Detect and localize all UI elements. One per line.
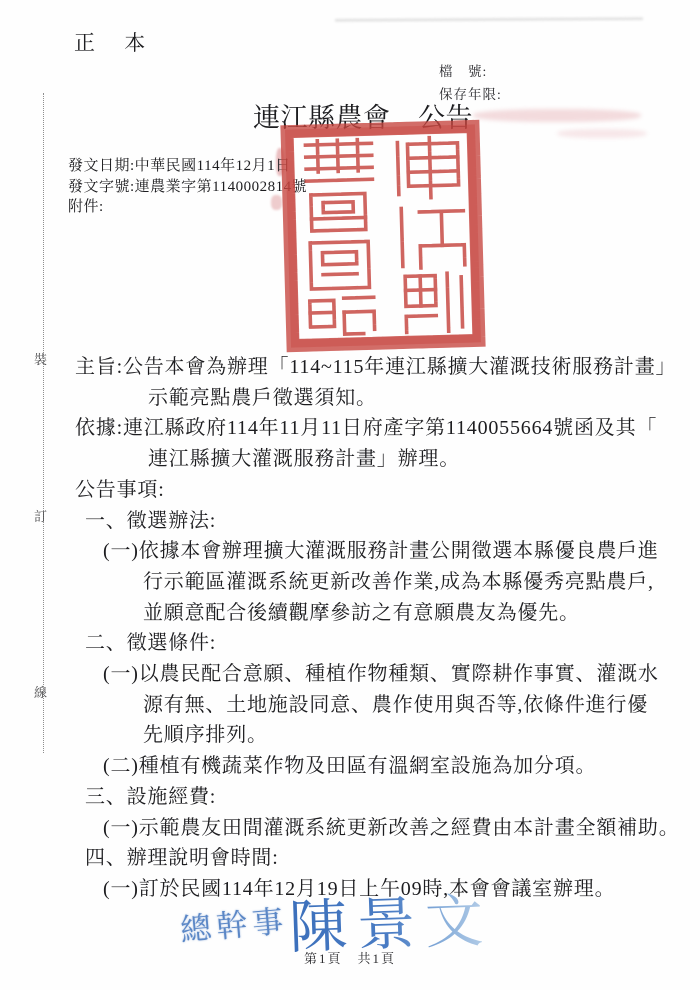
binding-mark-xian: 線 (34, 682, 47, 701)
file-number-label: 檔 號: (439, 60, 502, 83)
body-line: 連江縣擴大灌溉服務計畫」辦理。 (75, 444, 697, 475)
signature-title-stamp: 總幹事 (178, 895, 290, 949)
body-line-item-3: 三、設施經費: (75, 782, 697, 813)
body-line: (二)種植有機蔬菜作物及田區有溫網室設施為加分項。 (75, 751, 697, 782)
document-page: 正 本 檔 號: 保存年限: 連江縣農會 公告 發文日期:中華民國114年12月… (0, 0, 700, 990)
binding-mark-zhuang: 裝 (34, 349, 47, 368)
body-line: (一)以農民配合意願、種植作物種類、實際耕作事實、灌溉水 (75, 659, 697, 690)
official-seal (279, 118, 487, 354)
body-line-item-2: 二、徵選條件: (75, 628, 697, 659)
binding-dotted-line (43, 93, 44, 753)
body-line: 示範亮點農戶徵選須知。 (75, 383, 697, 414)
body-line: 並願意配合後續觀摩參訪之有意願農友為優先。 (75, 598, 697, 629)
announcement-body: 主旨:公告本會為辦理「114~115年連江縣擴大灌溉技術服務計畫」 示範亮點農戶… (75, 352, 697, 905)
body-line-item-4: 四、辦理說明會時間: (75, 843, 697, 874)
body-line: 行示範區灌溉系統更新改善作業,成為本縣優秀亮點農戶, (75, 567, 697, 598)
issue-date: 發文日期:中華民國114年12月1日 (68, 156, 307, 177)
scan-streak (335, 17, 643, 22)
body-line-item-1: 一、徵選辦法: (75, 506, 697, 537)
body-line: 源有無、土地施設同意、農作使用與否等,依條件進行優 (75, 690, 697, 721)
binding-mark-ding: 訂 (34, 506, 47, 525)
body-line-basis: 依據:連江縣政府114年11月11日府產字第1140055664號函及其「 (75, 413, 697, 444)
body-line: 先順序排列。 (75, 720, 697, 751)
red-ink-smudge (557, 129, 647, 138)
seal-glyphs (305, 137, 466, 335)
doc-number: 發文字號:連農業字第1140002814號 (68, 177, 307, 198)
attachment-label: 附件: (68, 197, 307, 218)
body-line-items-header: 公告事項: (75, 475, 697, 506)
page-footer: 第1頁 共1頁 (0, 948, 700, 967)
body-line: (一)示範農友田間灌溉系統更新改善之經費由本計畫全額補助。 (75, 813, 697, 844)
document-meta-block: 發文日期:中華民國114年12月1日 發文字號:連農業字第1140002814號… (68, 156, 307, 218)
body-line: (一)依據本會辦理擴大灌溉服務計畫公開徵選本縣優良農戶進 (75, 536, 697, 567)
copy-label: 正 本 (74, 27, 157, 57)
body-line-subject: 主旨:公告本會為辦理「114~115年連江縣擴大灌溉技術服務計畫」 (75, 352, 697, 383)
red-ink-smudge (473, 109, 641, 122)
